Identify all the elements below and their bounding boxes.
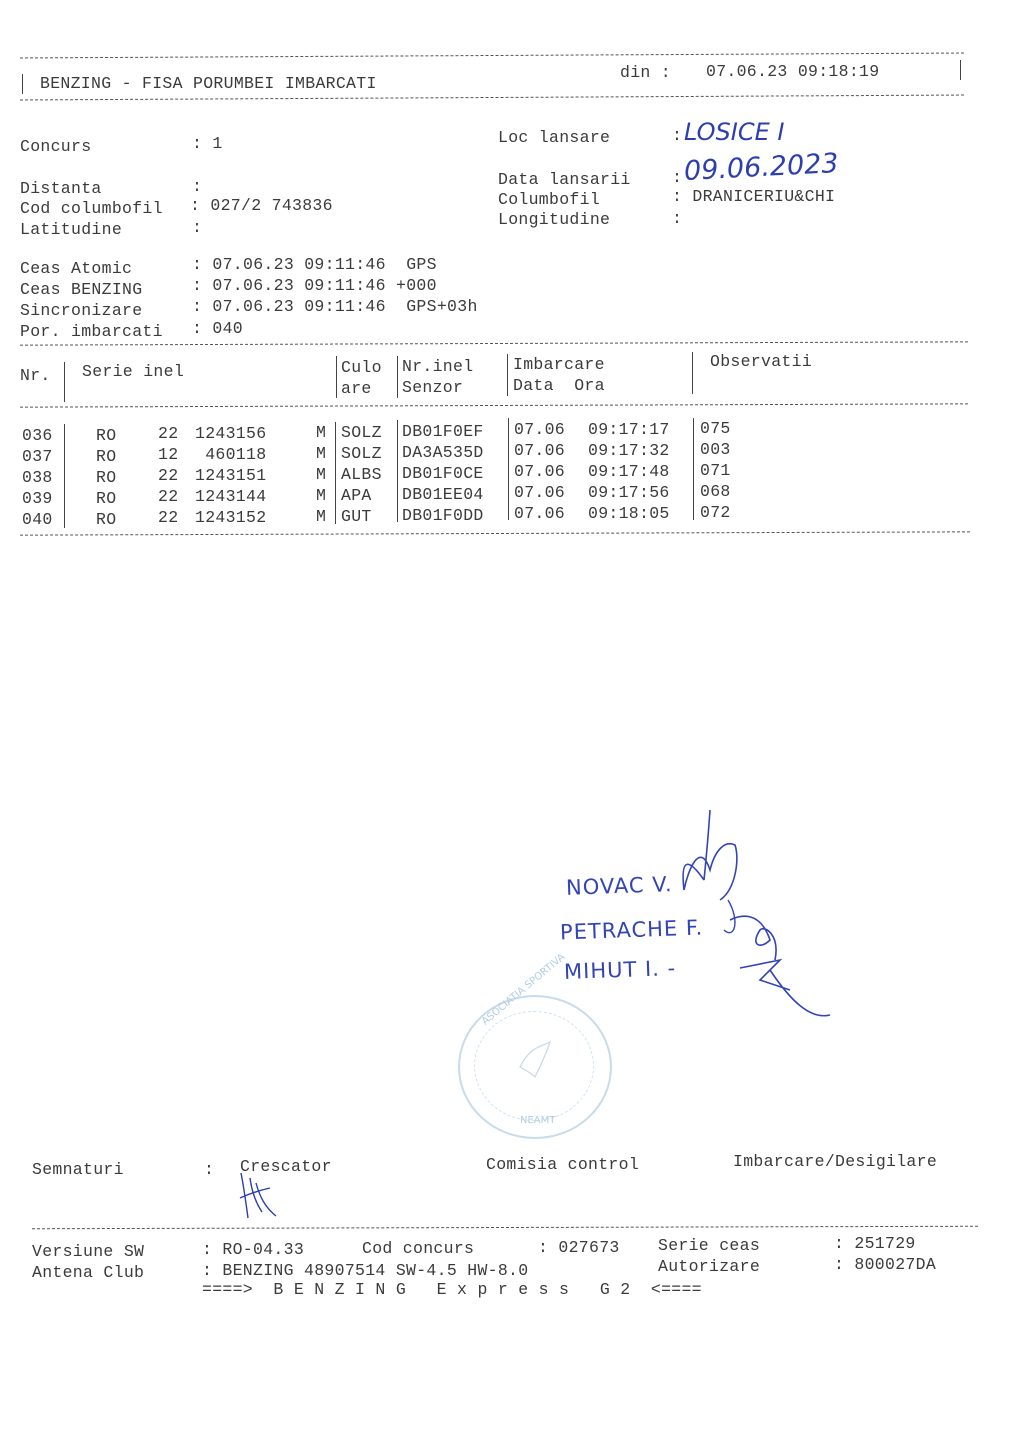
- din-value: 07.06.23 09:18:19: [706, 62, 879, 81]
- footer-rule: [32, 1226, 978, 1229]
- table-row: 040 RO 22 1243152 M GUT DB01F0DD 07.06 0…: [0, 506, 1024, 526]
- col-divider: [336, 356, 337, 398]
- table-row: 036 RO 22 1243156 M SOLZ DB01F0EF 07.06 …: [0, 422, 1024, 442]
- col-divider: [692, 352, 693, 394]
- cell-time: 09:17:32: [588, 441, 670, 460]
- association-stamp: ASOCIATIA SPORTIVA NEAMT: [458, 995, 612, 1139]
- serie-ceas-label: Serie ceas: [658, 1236, 760, 1255]
- cell-obs: 072: [700, 503, 731, 522]
- cod-columbofil-label: Cod columbofil: [20, 199, 163, 218]
- cell-sensor: DB01F0CE: [402, 464, 484, 483]
- table-row: 039 RO 22 1243144 M APA DB01EE04 07.06 0…: [0, 485, 1024, 505]
- cod-concurs-label: Cod concurs: [362, 1239, 474, 1258]
- cell-sex: M: [316, 444, 326, 463]
- concurs-value: : 1: [192, 134, 223, 153]
- col-header-imbarcare-2: Data Ora: [513, 376, 605, 395]
- cell-color: ALBS: [341, 465, 382, 484]
- versiune-sw-value: : RO-04.33: [202, 1240, 304, 1259]
- data-lansarii-colon: :: [672, 168, 682, 187]
- col-header-imbarcare-1: Imbarcare: [513, 355, 605, 374]
- col-header-observatii: Observatii: [710, 352, 812, 371]
- table-bottom-rule: [20, 531, 970, 535]
- header-bottom-rule: [20, 95, 964, 101]
- autorizare-value: : 800027DA: [834, 1255, 936, 1274]
- latitudine-value: :: [192, 218, 202, 237]
- cell-sensor: DB01F0EF: [402, 422, 484, 441]
- por-imbarcati-value: : 040: [192, 319, 243, 338]
- col-header-culoare-1: Culo: [341, 358, 382, 377]
- cell-date: 07.06: [514, 420, 565, 439]
- cell-year: 22: [158, 466, 178, 485]
- cell-color: SOLZ: [341, 444, 382, 463]
- clock-value-benzing: : 07.06.23 09:11:46 +000: [192, 276, 437, 295]
- cell-sensor: DA3A535D: [402, 443, 484, 462]
- benzing-express-banner: ====> B E N Z I N G E x p r e s s G 2 <=…: [202, 1280, 702, 1299]
- cell-obs: 068: [700, 482, 731, 501]
- cell-obs: 071: [700, 461, 731, 480]
- commission-signatures-icon: [640, 800, 840, 1040]
- distanta-label: Distanta: [20, 179, 102, 198]
- latitudine-label: Latitudine: [20, 220, 122, 239]
- longitudine-value: :: [672, 209, 682, 228]
- cell-time: 09:17:56: [588, 483, 670, 502]
- imbarcare-desigilare-label: Imbarcare/Desigilare: [733, 1152, 937, 1171]
- table-body: 036 RO 22 1243156 M SOLZ DB01F0EF 07.06 …: [0, 418, 1024, 528]
- longitudine-label: Longitudine: [498, 210, 610, 229]
- distanta-value: :: [192, 177, 202, 196]
- crescator-signature-icon: [236, 1168, 286, 1220]
- cell-date: 07.06: [514, 483, 565, 502]
- din-label: din :: [620, 63, 671, 82]
- cell-color: SOLZ: [341, 423, 382, 442]
- loc-lansare-label: Loc lansare: [498, 128, 610, 147]
- cell-country: RO: [96, 510, 116, 529]
- cell-ring: 1243152: [195, 508, 266, 527]
- cell-time: 09:17:17: [588, 420, 670, 439]
- table-row: 037 RO 12 460118 M SOLZ DA3A535D 07.06 0…: [0, 443, 1024, 463]
- autorizare-label: Autorizare: [658, 1257, 760, 1276]
- columbofil-value: : DRANICERIU&CHI: [672, 187, 835, 206]
- cell-year: 22: [158, 424, 178, 443]
- cod-columbofil-value: : 027/2 743836: [190, 196, 333, 215]
- col-header-senzor-2: Senzor: [402, 378, 463, 397]
- table-header-rule: [20, 403, 968, 407]
- cell-nr: 040: [22, 510, 53, 529]
- cell-time: 09:17:48: [588, 462, 670, 481]
- cell-ring: 460118: [195, 445, 266, 464]
- cell-sex: M: [316, 465, 326, 484]
- col-header-nr: Nr.: [20, 366, 51, 385]
- cell-date: 07.06: [514, 441, 565, 460]
- col-header-serie: Serie inel: [82, 362, 184, 381]
- document-title: BENZING - FISA PORUMBEI IMBARCATI: [40, 74, 377, 93]
- cell-year: 22: [158, 508, 178, 527]
- columbofil-label: Columbofil: [498, 190, 600, 209]
- clock-value-sincronizare: : 07.06.23 09:11:46 GPS+03h: [192, 297, 478, 316]
- loc-lansare-colon: :: [672, 126, 682, 145]
- clock-label-sincronizare: Sincronizare: [20, 301, 163, 320]
- cell-sex: M: [316, 507, 326, 526]
- data-lansarii-label: Data lansarii: [498, 170, 631, 189]
- comisia-control-label: Comisia control: [486, 1155, 639, 1174]
- dove-icon: [510, 1037, 560, 1087]
- cell-sensor: DB01F0DD: [402, 506, 484, 525]
- versiune-sw-label: Versiune SW: [32, 1242, 144, 1261]
- header-left-bar: [22, 74, 23, 94]
- stamp-bottom-text: NEAMT: [520, 1115, 555, 1126]
- table-top-rule: [20, 341, 968, 345]
- cell-year: 12: [158, 445, 178, 464]
- data-lansarii-value: 09.06.2023: [683, 148, 839, 187]
- header-right-bar: [960, 60, 961, 80]
- clock-label-atomic: Ceas Atomic: [20, 259, 163, 278]
- col-divider: [507, 354, 508, 396]
- cell-year: 22: [158, 487, 178, 506]
- cell-obs: 003: [700, 440, 731, 459]
- cell-ring: 1243144: [195, 487, 266, 506]
- cell-color: GUT: [341, 507, 372, 526]
- col-header-senzor-1: Nr.inel: [402, 357, 473, 376]
- header-top-rule: [20, 53, 964, 59]
- antena-club-label: Antena Club: [32, 1263, 144, 1282]
- cell-sex: M: [316, 486, 326, 505]
- table-row: 038 RO 22 1243151 M ALBS DB01F0CE 07.06 …: [0, 464, 1024, 484]
- col-divider: [397, 356, 398, 398]
- cell-date: 07.06: [514, 462, 565, 481]
- loc-lansare-value: LOSICE I: [684, 118, 784, 146]
- antena-club-value: : BENZING 48907514 SW-4.5 HW-8.0: [202, 1261, 528, 1280]
- cell-obs: 075: [700, 419, 731, 438]
- signatures-label: Semnaturi: [32, 1160, 124, 1179]
- clock-label-benzing: Ceas BENZING: [20, 280, 163, 299]
- por-imbarcati-label: Por. imbarcati: [20, 322, 163, 341]
- col-header-culoare-2: are: [341, 379, 372, 398]
- cell-time: 09:18:05: [588, 504, 670, 523]
- cell-ring: 1243151: [195, 466, 266, 485]
- concurs-label: Concurs: [20, 137, 91, 156]
- cell-ring: 1243156: [195, 424, 266, 443]
- cell-date: 07.06: [514, 504, 565, 523]
- cod-concurs-value: : 027673: [538, 1238, 620, 1257]
- col-divider: [64, 362, 65, 402]
- cell-sex: M: [316, 423, 326, 442]
- cell-sensor: DB01EE04: [402, 485, 484, 504]
- serie-ceas-value: : 251729: [834, 1234, 916, 1253]
- cell-color: APA: [341, 486, 372, 505]
- signatures-colon: :: [204, 1160, 214, 1179]
- clock-value-atomic: : 07.06.23 09:11:46 GPS: [192, 255, 437, 274]
